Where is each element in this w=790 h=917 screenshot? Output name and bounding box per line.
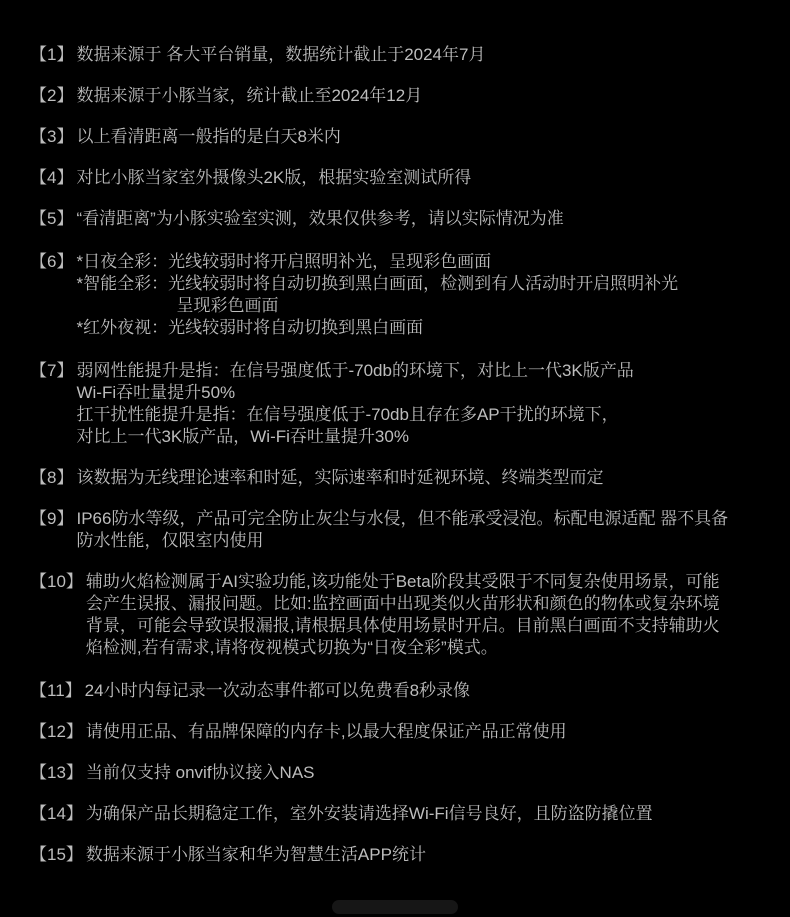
footnote-9-line-2: 防水性能，仅限室内使用 — [76, 530, 762, 552]
footnote-8-body: 该数据为无线理论速率和时延，实际速率和时延视环境、终端类型而定 — [76, 467, 762, 489]
footnote-8-text: 该数据为无线理论速率和时延，实际速率和时延视环境、终端类型而定 — [76, 467, 762, 489]
footnote-6: 【6】 *日夜全彩：光线较弱时将开启照明补光，呈现彩色画面 *智能全彩：光线较弱… — [30, 251, 762, 339]
footnote-15-text: 数据来源于小豚当家和华为智慧生活APP统计 — [86, 844, 762, 866]
footnote-5-text: “看清距离”为小豚实验室实测，效果仅供参考，请以实际情况为准 — [76, 208, 762, 230]
footnote-14: 【14】 为确保产品长期稳定工作，室外安装请选择Wi-Fi信号良好，且防盗防撬位… — [30, 803, 762, 825]
footnote-3: 【3】 以上看清距离一般指的是白天8米内 — [30, 126, 762, 148]
footnote-6-marker: 【6】 — [30, 251, 73, 273]
footnote-11-text: 24小时内每记录一次动态事件都可以免费看8秒录像 — [85, 680, 762, 702]
footnote-1-text: 数据来源于 各大平台销量，数据统计截止于2024年7月 — [76, 44, 762, 66]
footnote-1-body: 数据来源于 各大平台销量，数据统计截止于2024年7月 — [76, 44, 762, 66]
footnote-6-line-1: *日夜全彩：光线较弱时将开启照明补光，呈现彩色画面 — [76, 251, 762, 273]
footnote-9-line-1: IP66防水等级，产品可完全防止灰尘与水侵，但不能承受浸泡。标配电源适配 器不具… — [76, 508, 762, 530]
footnote-12-body: 请使用正品、有品牌保障的内存卡,以最大程度保证产品正常使用 — [86, 721, 762, 743]
footnote-10-line-3: 背景，可能会导致误报漏报,请根据具体使用场景时开启。目前黑白画面不支持辅助火 — [86, 615, 762, 637]
footnote-6-line-2: *智能全彩：光线较弱时将自动切换到黑白画面，检测到有人活动时开启照明补光 — [76, 273, 762, 295]
footnote-14-text: 为确保产品长期稳定工作，室外安装请选择Wi-Fi信号良好，且防盗防撬位置 — [86, 803, 762, 825]
footnote-3-text: 以上看清距离一般指的是白天8米内 — [76, 126, 762, 148]
footnote-2-text: 数据来源于小豚当家，统计截止至2024年12月 — [76, 85, 762, 107]
footnote-7-line-4: 对比上一代3K版产品，Wi-Fi吞吐量提升30% — [76, 426, 762, 448]
footnote-11-body: 24小时内每记录一次动态事件都可以免费看8秒录像 — [85, 680, 762, 702]
footnote-7-line-3: 扛干扰性能提升是指：在信号强度低于-70db且存在多AP干扰的环境下， — [76, 404, 762, 426]
footnote-7-line-1: 弱网性能提升是指：在信号强度低于-70db的环境下，对比上一代3K版产品 — [76, 360, 762, 382]
footnote-4-marker: 【4】 — [30, 167, 73, 189]
footnote-12-text: 请使用正品、有品牌保障的内存卡,以最大程度保证产品正常使用 — [86, 721, 762, 743]
footnote-8: 【8】 该数据为无线理论速率和时延，实际速率和时延视环境、终端类型而定 — [30, 467, 762, 489]
footnote-5-marker: 【5】 — [30, 208, 73, 230]
footnote-14-marker: 【14】 — [30, 803, 83, 825]
footnote-9-body: IP66防水等级，产品可完全防止灰尘与水侵，但不能承受浸泡。标配电源适配 器不具… — [76, 508, 762, 552]
footnote-5-body: “看清距离”为小豚实验室实测，效果仅供参考，请以实际情况为准 — [76, 208, 762, 230]
footnote-3-body: 以上看清距离一般指的是白天8米内 — [76, 126, 762, 148]
footnote-15-body: 数据来源于小豚当家和华为智慧生活APP统计 — [86, 844, 762, 866]
footnote-13-body: 当前仅支持 onvif协议接入NAS — [86, 762, 762, 784]
footnote-2-marker: 【2】 — [30, 85, 73, 107]
footnote-11-marker: 【11】 — [30, 680, 82, 702]
footnote-10: 【10】 辅助火焰检测属于AI实验功能,该功能处于Beta阶段其受限于不同复杂使… — [30, 571, 762, 659]
footnote-10-marker: 【10】 — [30, 571, 83, 593]
footnote-9-marker: 【9】 — [30, 508, 73, 530]
footnote-7: 【7】 弱网性能提升是指：在信号强度低于-70db的环境下，对比上一代3K版产品… — [30, 360, 762, 448]
footer-pill — [332, 900, 458, 914]
footnote-9: 【9】 IP66防水等级，产品可完全防止灰尘与水侵，但不能承受浸泡。标配电源适配… — [30, 508, 762, 552]
footnote-2-body: 数据来源于小豚当家，统计截止至2024年12月 — [76, 85, 762, 107]
footnote-10-line-4: 焰检测,若有需求,请将夜视模式切换为“日夜全彩”模式。 — [86, 637, 762, 659]
footnote-2: 【2】 数据来源于小豚当家，统计截止至2024年12月 — [30, 85, 762, 107]
footnote-5: 【5】 “看清距离”为小豚实验室实测，效果仅供参考，请以实际情况为准 — [30, 208, 762, 230]
footnote-10-body: 辅助火焰检测属于AI实验功能,该功能处于Beta阶段其受限于不同复杂使用场景，可… — [86, 571, 762, 659]
footnote-6-line-3: 呈现彩色画面 — [76, 295, 762, 317]
footnote-15: 【15】 数据来源于小豚当家和华为智慧生活APP统计 — [30, 844, 762, 866]
footnote-8-marker: 【8】 — [30, 467, 73, 489]
footnote-13-marker: 【13】 — [30, 762, 83, 784]
footnote-12-marker: 【12】 — [30, 721, 83, 743]
footnote-13-text: 当前仅支持 onvif协议接入NAS — [86, 762, 762, 784]
footnote-1: 【1】 数据来源于 各大平台销量，数据统计截止于2024年7月 — [30, 44, 762, 66]
footnote-7-line-2: Wi-Fi吞吐量提升50% — [76, 382, 762, 404]
footnote-4-text: 对比小豚当家室外摄像头2K版，根据实验室测试所得 — [76, 167, 762, 189]
footnote-4: 【4】 对比小豚当家室外摄像头2K版，根据实验室测试所得 — [30, 167, 762, 189]
footnote-7-marker: 【7】 — [30, 360, 73, 382]
footnote-4-body: 对比小豚当家室外摄像头2K版，根据实验室测试所得 — [76, 167, 762, 189]
footnote-3-marker: 【3】 — [30, 126, 73, 148]
footnote-10-line-2: 会产生误报、漏报问题。比如:监控画面中出现类似火苗形状和颜色的物体或复杂环境 — [86, 593, 762, 615]
footnote-1-marker: 【1】 — [30, 44, 73, 66]
footnote-12: 【12】 请使用正品、有品牌保障的内存卡,以最大程度保证产品正常使用 — [30, 721, 762, 743]
footnote-13: 【13】 当前仅支持 onvif协议接入NAS — [30, 762, 762, 784]
footnote-6-line-4: *红外夜视：光线较弱时将自动切换到黑白画面 — [76, 317, 762, 339]
footnote-15-marker: 【15】 — [30, 844, 83, 866]
footnote-10-line-1: 辅助火焰检测属于AI实验功能,该功能处于Beta阶段其受限于不同复杂使用场景，可… — [86, 571, 762, 593]
footnotes-page: 【1】 数据来源于 各大平台销量，数据统计截止于2024年7月 【2】 数据来源… — [0, 0, 790, 866]
footnote-14-body: 为确保产品长期稳定工作，室外安装请选择Wi-Fi信号良好，且防盗防撬位置 — [86, 803, 762, 825]
footnote-7-body: 弱网性能提升是指：在信号强度低于-70db的环境下，对比上一代3K版产品 Wi-… — [76, 360, 762, 448]
footnote-11: 【11】 24小时内每记录一次动态事件都可以免费看8秒录像 — [30, 680, 762, 702]
footnote-6-body: *日夜全彩：光线较弱时将开启照明补光，呈现彩色画面 *智能全彩：光线较弱时将自动… — [76, 251, 762, 339]
